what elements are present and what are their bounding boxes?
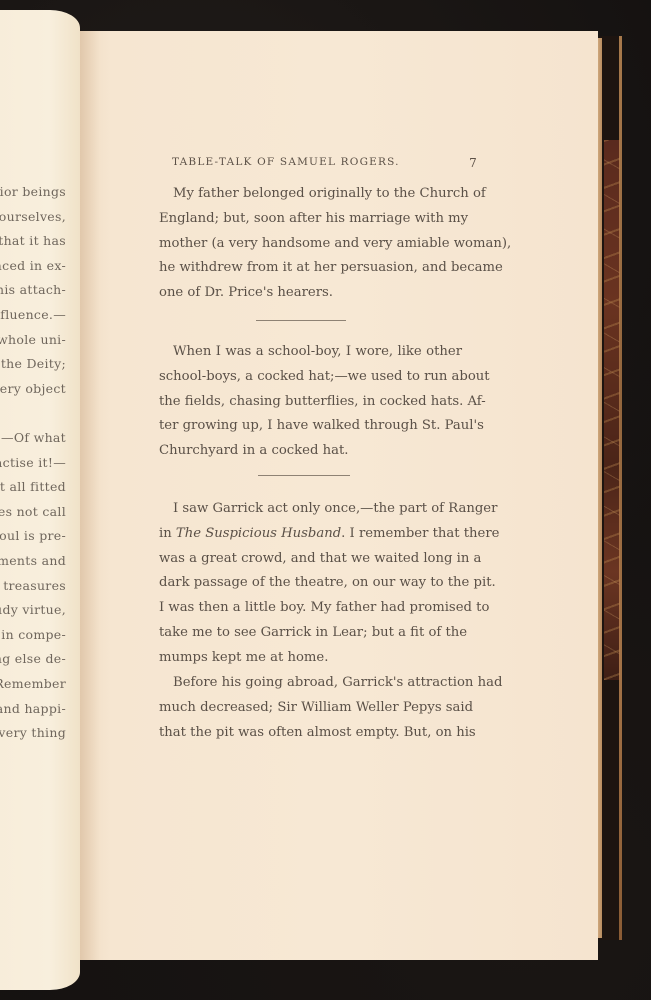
text-line: mother (a very handsome and very amiable… xyxy=(159,232,462,257)
left-page-line-fragment: e.—Of what xyxy=(0,430,66,445)
text-line: much decreased; Sir William Weller Pepys… xyxy=(159,696,462,721)
left-page-line-fragment: erior beings xyxy=(0,184,66,199)
left-page-line-fragment: h and happi- xyxy=(0,701,66,716)
left-page-line-fragment: influence.— xyxy=(0,307,66,322)
text-line: in The Suspicious Husband. I remember th… xyxy=(159,522,462,547)
left-page-line-fragment: f the Deity; xyxy=(0,356,66,371)
text-run: in xyxy=(159,526,176,541)
left-page-line-fragment: hing else de- xyxy=(0,651,66,666)
left-page-line-fragment: ne in compe- xyxy=(0,627,66,642)
text-line: Before his going abroad, Garrick's attra… xyxy=(159,671,462,696)
paragraph-garrick-ranger: I saw Garrick act only once,—the part of… xyxy=(159,497,462,671)
paragraph-father-church: My father belonged originally to the Chu… xyxy=(159,182,462,306)
gutter-shadow xyxy=(80,31,100,960)
running-head-title: TABLE-TALK OF SAMUEL ROGERS. xyxy=(172,156,400,168)
paragraph-cocked-hat: When I was a school-boy, I wore, like ot… xyxy=(159,340,462,464)
section-divider xyxy=(258,475,350,476)
page-number: 7 xyxy=(469,156,478,170)
text-line: that the pit was often almost empty. But… xyxy=(159,721,462,746)
text-line: school-boys, a cocked hat;—we used to ru… xyxy=(159,365,462,390)
left-page-line-fragment: nced in ex- xyxy=(0,258,66,273)
left-page-line-fragment: that it has xyxy=(0,233,66,248)
left-page-line-fragment: e whole uni- xyxy=(0,332,66,347)
left-page-line-fragment: soul is pre- xyxy=(0,528,66,543)
text-line: take me to see Garrick in Lear; but a fi… xyxy=(159,621,462,646)
left-page-line-fragment: Remember xyxy=(0,676,66,691)
left-page-line-fragment: ractise it!— xyxy=(0,455,66,470)
marbled-binding xyxy=(604,140,620,680)
section-divider xyxy=(256,320,346,321)
left-page-line-fragment: very object xyxy=(0,381,66,396)
text-line: Churchyard in a cocked hat. xyxy=(159,439,462,464)
text-line: one of Dr. Price's hearers. xyxy=(159,281,462,306)
left-page xyxy=(0,10,80,990)
play-title: The Suspicious Husband xyxy=(176,526,341,541)
text-line: he withdrew from it at her persuasion, a… xyxy=(159,256,462,281)
text-line: I saw Garrick act only once,—the part of… xyxy=(159,497,462,522)
right-page xyxy=(80,31,598,960)
left-page-line-fragment: every thing xyxy=(0,725,66,740)
text-line: England; but, soon after his marriage wi… xyxy=(159,207,462,232)
left-page-line-fragment: his attach- xyxy=(0,282,66,297)
left-page-line-fragment: s at all fitted xyxy=(0,479,66,494)
paragraph-garrick-decline: Before his going abroad, Garrick's attra… xyxy=(159,671,462,745)
left-page-line-fragment: the treasures xyxy=(0,578,66,593)
left-page-line-fragment: does not call xyxy=(0,504,66,519)
text-line: was a great crowd, and that we waited lo… xyxy=(159,547,462,572)
cover-gilt-edge xyxy=(619,36,622,940)
left-page-line-fragment: n ourselves, xyxy=(0,209,66,224)
text-line: When I was a school-boy, I wore, like ot… xyxy=(159,340,462,365)
text-run: . I remember that there xyxy=(341,526,499,541)
text-line: My father belonged originally to the Chu… xyxy=(159,182,462,207)
text-line: I was then a little boy. My father had p… xyxy=(159,596,462,621)
text-line: dark passage of the theatre, on our way … xyxy=(159,571,462,596)
text-line: the fields, chasing butterflies, in cock… xyxy=(159,390,462,415)
left-page-line-fragment: study virtue, xyxy=(0,602,66,617)
text-line: mumps kept me at home. xyxy=(159,646,462,671)
text-line: ter growing up, I have walked through St… xyxy=(159,414,462,439)
left-page-line-fragment: ishments and xyxy=(0,553,66,568)
